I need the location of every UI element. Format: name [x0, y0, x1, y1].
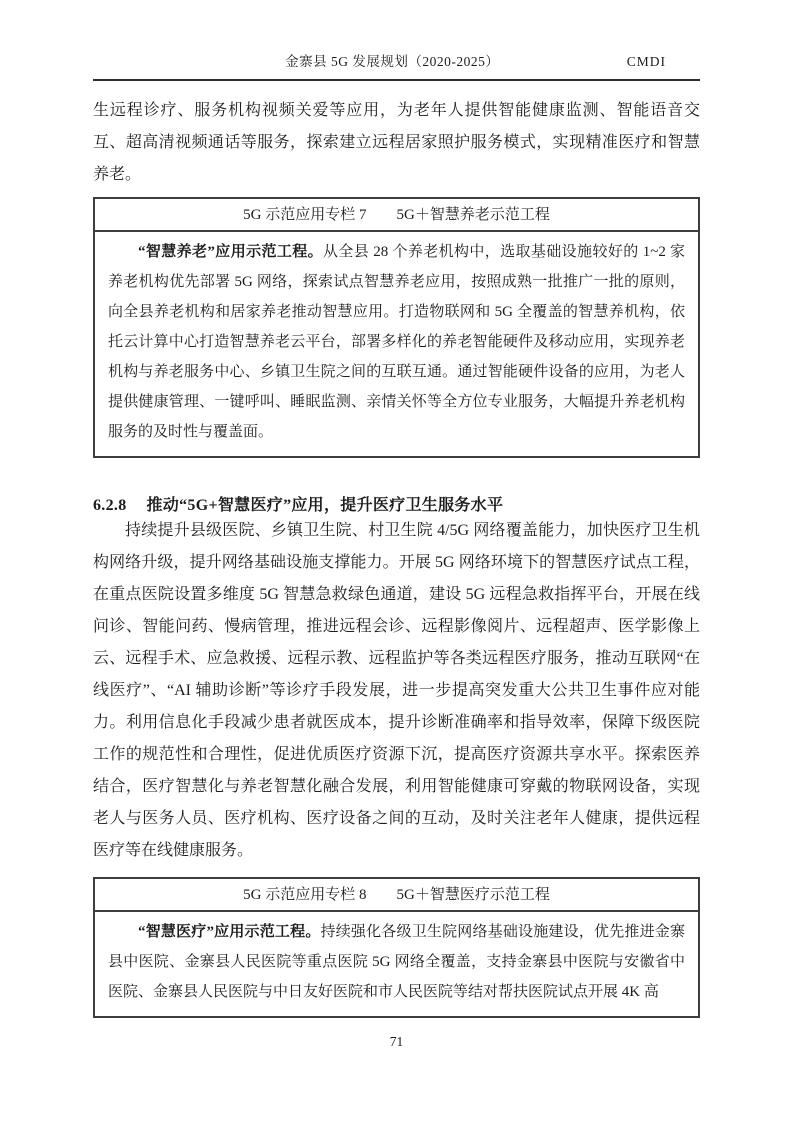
box7-lead-bold: “智慧养老”应用示范工程。: [138, 244, 323, 260]
box8-body: “智慧医疗”应用示范工程。持续强化各级卫生院网络基础设施建设，优先推进金寨县中医…: [95, 912, 698, 1016]
box8-header-label: 5G 示范应用专栏 8: [243, 883, 366, 904]
page-number: 71: [93, 1034, 700, 1050]
box7-body: “智慧养老”应用示范工程。从全县 28 个养老机构中，选取基础设施较好的 1~2…: [95, 232, 698, 456]
paragraph-smart-medical: 持续提升县级医院、乡镇卫生院、村卫生院 4/5G 网络覆盖能力，加快医疗卫生机构…: [93, 515, 700, 867]
header-org-label: CMDI: [627, 54, 666, 70]
box7-body-text: 从全县 28 个养老机构中，选取基础设施较好的 1~2 家养老机构优先部署 5G…: [108, 244, 685, 440]
box7-header-title: 5G＋智慧养老示范工程: [397, 203, 550, 224]
section-title: 推动“5G+智慧医疗”应用，提升医疗卫生服务水平: [147, 497, 504, 514]
page-content: 金寨县 5G 发展规划（2020-2025） CMDI 生远程诊疗、服务机构视频…: [93, 0, 700, 1050]
section-heading-628: 6.2.8推动“5G+智慧医疗”应用，提升医疗卫生服务水平: [93, 492, 700, 515]
paragraph-elderly-care-intro: 生远程诊疗、服务机构视频关爱等应用，为老年人提供智能健康监测、智能语音交互、超高…: [93, 95, 700, 191]
section-number: 6.2.8: [93, 497, 127, 514]
box8-lead-bold: “智慧医疗”应用示范工程。: [138, 924, 321, 940]
document-page: 金寨县 5G 发展规划（2020-2025） CMDI 生远程诊疗、服务机构视频…: [0, 0, 793, 1122]
header-title: 金寨县 5G 发展规划（2020-2025）: [285, 50, 499, 70]
box8-header: 5G 示范应用专栏 8 5G＋智慧医疗示范工程: [95, 879, 698, 912]
running-header: 金寨县 5G 发展规划（2020-2025） CMDI: [93, 0, 700, 81]
feature-box-column-7: 5G 示范应用专栏 7 5G＋智慧养老示范工程 “智慧养老”应用示范工程。从全县…: [93, 197, 700, 458]
box7-header-label: 5G 示范应用专栏 7: [243, 203, 366, 224]
feature-box-column-8: 5G 示范应用专栏 8 5G＋智慧医疗示范工程 “智慧医疗”应用示范工程。持续强…: [93, 877, 700, 1018]
box8-header-title: 5G＋智慧医疗示范工程: [397, 883, 550, 904]
box7-header: 5G 示范应用专栏 7 5G＋智慧养老示范工程: [95, 199, 698, 232]
